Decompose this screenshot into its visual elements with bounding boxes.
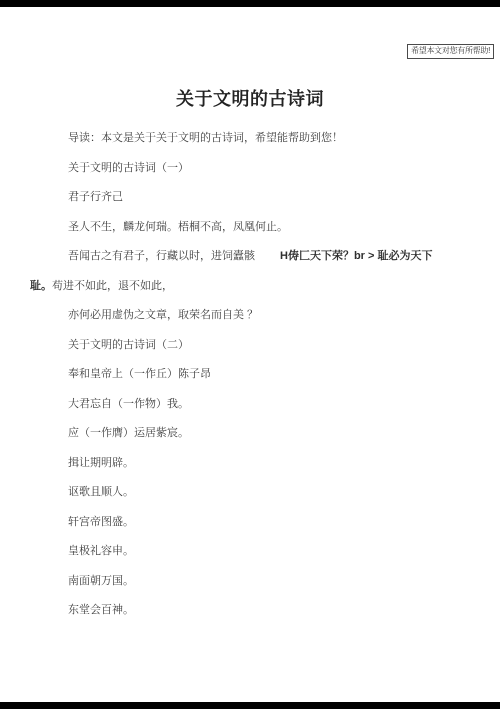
text-segment: 奉和皇帝上（一作丘）陈子昂 [68, 368, 211, 380]
text-segment: 轩宫帝图盛。 [68, 516, 134, 528]
paragraph-line: 东堂会百神。 [30, 596, 474, 626]
paragraph-line: 君子行齐己 [30, 183, 474, 213]
bottom-edge-bar [0, 702, 500, 709]
text-segment: 圣人不生，麟龙何瑞。梧桐不高，凤凰何止。 [68, 221, 288, 233]
text-segment: 应（一作膺）运居紫宸。 [68, 427, 189, 439]
text-segment: 导读：本文是关于关于文明的古诗词，希望能帮助到您！ [68, 132, 343, 144]
paragraph-line: 关于文明的古诗词（二） [30, 331, 474, 361]
text-segment: 南面朝万国。 [68, 575, 134, 587]
text-segment: 吾闻古之有君子，行藏以时，进饲蠹骸 [68, 250, 255, 262]
text-segment: 君子行齐己 [68, 191, 123, 203]
text-segment: 讴歌且顺人。 [68, 486, 134, 498]
paragraph-line: 大君忘自（一作物）我。 [30, 390, 474, 420]
paragraph-line: 轩宫帝图盛。 [30, 508, 474, 538]
document-body: 导读：本文是关于关于文明的古诗词，希望能帮助到您！关于文明的古诗词（一）君子行齐… [0, 124, 500, 626]
text-segment: 大君忘自（一作物）我。 [68, 398, 189, 410]
text-segment: 揖让期明辟。 [68, 457, 134, 469]
paragraph-line: 圣人不生，麟龙何瑞。梧桐不高，凤凰何止。 [30, 213, 474, 243]
text-segment: 东堂会百神。 [68, 604, 134, 616]
bold-text-segment: H俦匚天下荣？br > 耻必为天下 [280, 250, 432, 262]
document-page: 希望本文对您有所帮助! 关于文明的古诗词 导读：本文是关于关于文明的古诗词，希望… [0, 0, 500, 709]
text-segment: 关于文明的古诗词（二） [68, 339, 189, 351]
paragraph-line: 南面朝万国。 [30, 567, 474, 597]
paragraph-line: 奉和皇帝上（一作丘）陈子昂 [30, 360, 474, 390]
paragraph-line: 导读：本文是关于关于文明的古诗词，希望能帮助到您！ [30, 124, 474, 154]
top-edge-bar [0, 0, 500, 7]
paragraph-line: 讴歌且顺人。 [30, 478, 474, 508]
paragraph-line: 皇极礼容申。 [30, 537, 474, 567]
paragraph-line: 吾闻古之有君子，行藏以时，进饲蠹骸H俦匚天下荣？br > 耻必为天下 [30, 242, 474, 272]
text-segment: 关于文明的古诗词（一） [68, 162, 189, 174]
text-segment: 苟进不如此，退不如此， [52, 280, 173, 292]
bold-text-segment: 耻。 [30, 280, 52, 292]
paragraph-line: 关于文明的古诗词（一） [30, 154, 474, 184]
text-segment: 皇极礼容申。 [68, 545, 134, 557]
paragraph-line: 揖让期明辟。 [30, 449, 474, 479]
paragraph-line: 亦何必用虚伪之文章，取荣名而自美 ？ [30, 301, 474, 331]
paragraph-line: 耻。苟进不如此，退不如此， [30, 272, 474, 302]
paragraph-line: 应（一作膺）运居紫宸。 [30, 419, 474, 449]
help-note-badge: 希望本文对您有所帮助! [407, 44, 494, 59]
document-title: 关于文明的古诗词 [0, 86, 500, 112]
text-segment: 亦何必用虚伪之文章，取荣名而自美 ？ [68, 309, 258, 321]
